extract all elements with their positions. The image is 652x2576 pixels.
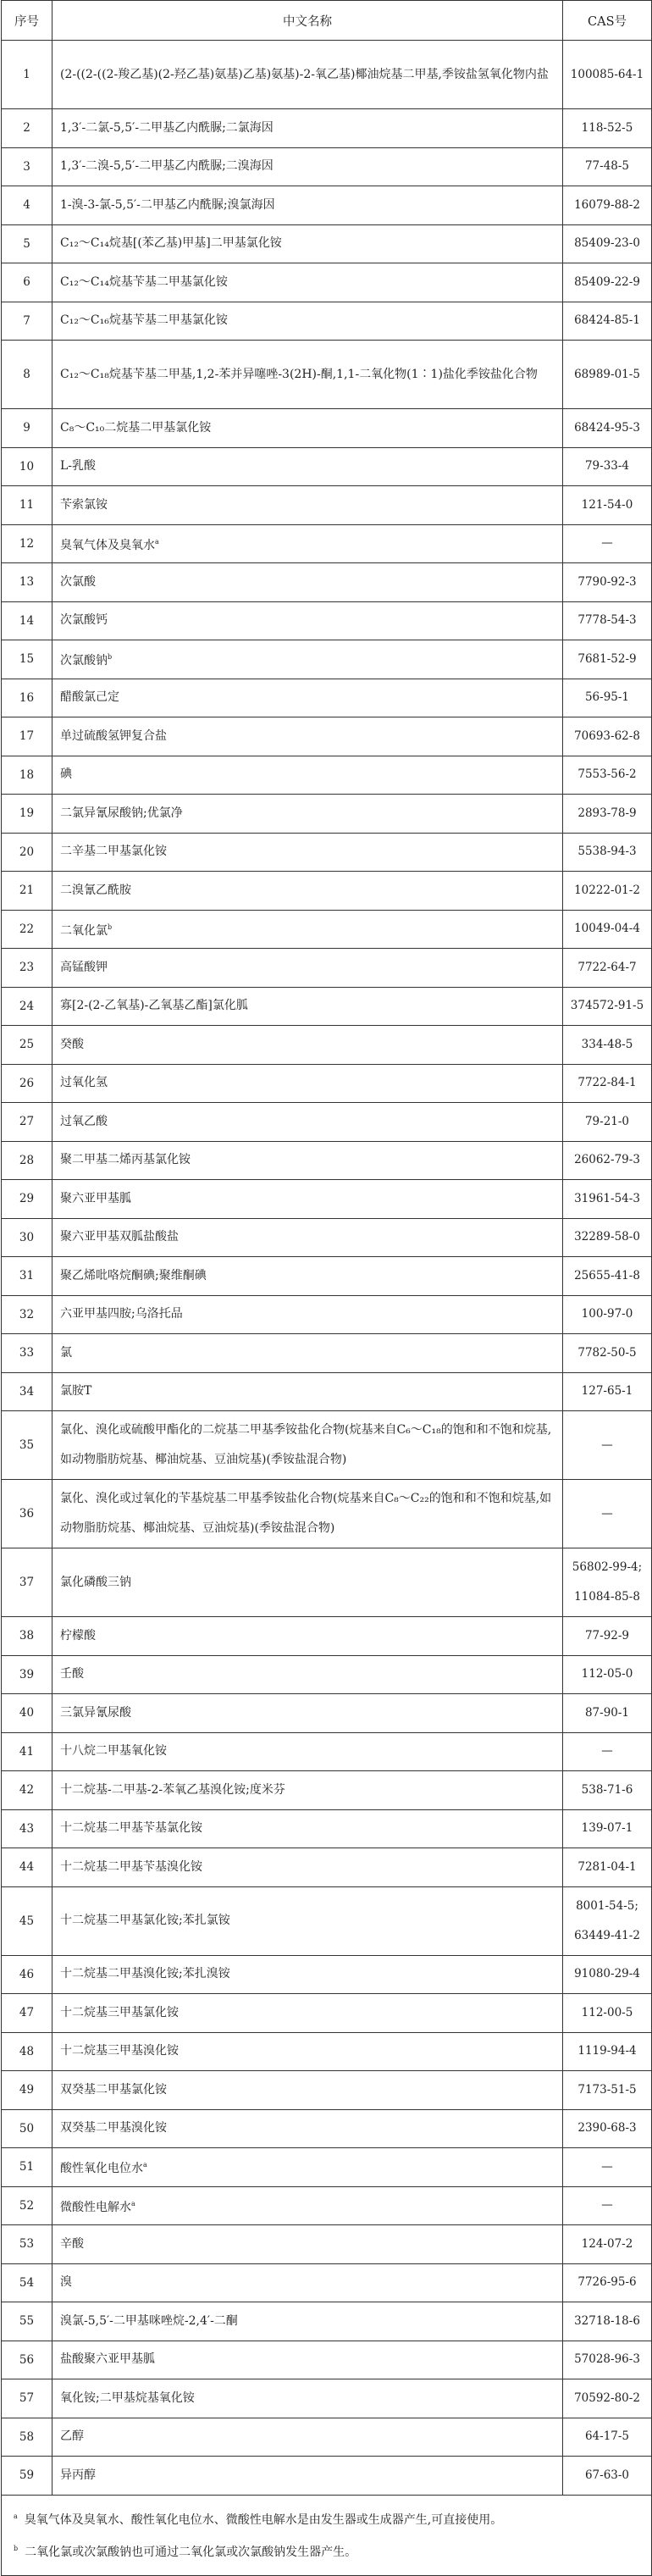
cas-number-secondary: 63449-41-2 [563, 1921, 651, 1951]
cas-number: 538-71-6 [563, 1776, 651, 1805]
table-row: 37氯化磷酸三钠56802-99-4;11084-85-8 [2, 1548, 652, 1617]
table-row: 31,3′-二溴-5,5′-二甲基乙内酰脲;二溴海因77-48-5 [2, 147, 652, 186]
chemical-name: 二辛基二甲基氯化铵 [60, 845, 167, 858]
cas-number-cell: — [563, 2186, 652, 2225]
cas-number-cell: — [563, 2148, 652, 2187]
chemical-name: 异丙醇 [60, 2468, 96, 2482]
chemical-name: 聚二甲基二烯丙基氯化铵 [60, 1153, 191, 1166]
chemical-name-cell: 氧化铵;二甲基烷基氧化铵 [52, 2379, 563, 2418]
chemical-name: C₁₂～C₁₈烷基苄基二甲基,1,2-苯并异噻唑-3(2H)-酮,1,1-二氧化… [60, 368, 538, 381]
row-index: 31 [2, 1257, 52, 1296]
table-row: 15次氯酸钠b7681-52-9 [2, 640, 652, 679]
table-row: 23高锰酸钾7722-64-7 [2, 949, 652, 988]
chemical-name: 二氧化氯 [60, 924, 108, 938]
cas-number: 10049-04-4 [563, 914, 651, 944]
chemical-name-cell: 双癸基二甲基氯化铵 [52, 2071, 563, 2110]
cas-number-cell: 334-48-5 [563, 1026, 652, 1065]
row-index: 25 [2, 1026, 52, 1065]
row-index: 52 [2, 2186, 52, 2225]
cas-number-cell: 67-63-0 [563, 2457, 652, 2496]
chemical-name-cell: 十二烷基-二甲基-2-苯氧乙基溴化铵;度米芬 [52, 1771, 563, 1810]
chemical-name: 二溴氰乙酰胺 [60, 884, 131, 897]
chemical-name-cell: 1,3′-二氯-5,5′-二甲基乙内酰脲;二氯海因 [52, 109, 563, 148]
cas-number: 56-95-1 [563, 683, 651, 712]
footnote-mark: a [14, 2512, 18, 2520]
row-index: 36 [2, 1480, 52, 1548]
chemical-name: 双癸基二甲基氯化铵 [60, 2083, 167, 2097]
row-index: 27 [2, 1103, 52, 1142]
cas-number: — [563, 2152, 651, 2182]
row-index: 35 [2, 1411, 52, 1480]
chemical-name: L-乳酸 [60, 459, 96, 473]
chemical-name: 十二烷基二甲基苄基溴化铵 [60, 1860, 202, 1874]
cas-number-cell: 85409-23-0 [563, 224, 652, 263]
chemical-name: 六亚甲基四胺;乌洛托品 [60, 1307, 183, 1321]
chemical-name-cell: 柠檬酸 [52, 1617, 563, 1656]
chemical-name: C₁₂～C₁₄烷基[(苯乙基)甲基]二甲基氯化铵 [60, 236, 282, 250]
chemical-name: 柠檬酸 [60, 1629, 96, 1643]
chemical-name-cell: 1-溴-3-氯-5,5′-二甲基乙内酰脲;溴氯海因 [52, 186, 563, 225]
chemical-name-cell: 十二烷基二甲基苄基溴化铵 [52, 1848, 563, 1887]
chemical-name-cell: L-乳酸 [52, 447, 563, 486]
table-row: 51酸性氧化电位水a— [2, 2148, 652, 2187]
chemical-name-cell: 氯 [52, 1334, 563, 1373]
row-index: 42 [2, 1771, 52, 1810]
table-row: 9C₈～C₁₀二烷基二甲基氯化铵68424-95-3 [2, 409, 652, 448]
chemical-name-cell: C₁₂～C₁₄烷基苄基二甲基氯化铵 [52, 263, 563, 302]
table-row: 53辛酸124-07-2 [2, 2225, 652, 2264]
cas-number-cell: 7553-56-2 [563, 756, 652, 795]
chemical-name: 1,3′-二氯-5,5′-二甲基乙内酰脲;二氯海因 [60, 121, 274, 135]
row-index: 53 [2, 2225, 52, 2264]
row-index: 23 [2, 949, 52, 988]
chemical-name: 氯化、溴化或过氧化的苄基烷基二甲基季铵盐化合物(烷基来自C₈～C₂₂的饱和和不饱… [60, 1492, 551, 1535]
chemical-name: C₈～C₁₀二烷基二甲基氯化铵 [60, 421, 211, 435]
table-row: 25癸酸334-48-5 [2, 1026, 652, 1065]
chemical-name: 酸性氧化电位水 [60, 2162, 143, 2175]
cas-number: 121-54-0 [563, 490, 651, 520]
chemical-name-cell: 氯胺T [52, 1372, 563, 1411]
table-row: 56盐酸聚六亚甲基胍57028-96-3 [2, 2341, 652, 2379]
chemical-name: 壬酸 [60, 1667, 84, 1681]
cas-number-cell: 100085-64-1 [563, 41, 652, 109]
chemical-name: 氧化铵;二甲基烷基氧化铵 [60, 2391, 195, 2405]
chemical-name-cell: 溴 [52, 2263, 563, 2302]
chemical-name-cell: 二氧化氯b [52, 910, 563, 949]
chemical-name-cell: 辛酸 [52, 2225, 563, 2264]
chemical-name-cell: 聚二甲基二烯丙基氯化铵 [52, 1141, 563, 1180]
table-row: 41-溴-3-氯-5,5′-二甲基乙内酰脲;溴氯海因16079-88-2 [2, 186, 652, 225]
cas-number-cell: 121-54-0 [563, 486, 652, 525]
chemical-name-cell: C₁₂～C₁₄烷基[(苯乙基)甲基]二甲基氯化铵 [52, 224, 563, 263]
cas-number: — [563, 1499, 651, 1529]
chemical-name-cell: 壬酸 [52, 1655, 563, 1694]
table-row: 33氯7782-50-5 [2, 1334, 652, 1373]
chemical-name: 十二烷基二甲基氯化铵;苯扎氯铵 [60, 1914, 230, 1927]
chemical-name-cell: 寡[2-(2-乙氧基)-乙氧基乙酯]氯化胍 [52, 987, 563, 1026]
cas-number: 85409-22-9 [563, 268, 651, 297]
row-index: 21 [2, 872, 52, 911]
chemical-name: 氯化、溴化或硫酸甲酯化的二烷基二甲基季铵盐化合物(烷基来自C₆～C₁₈的饱和和不… [60, 1423, 551, 1466]
cas-number: 25655-41-8 [563, 1261, 651, 1291]
cas-number-cell: 112-00-5 [563, 1994, 652, 2033]
table-row: 26过氧化氢7722-84-1 [2, 1064, 652, 1103]
cas-number: 118-52-5 [563, 114, 651, 143]
row-index: 12 [2, 524, 52, 563]
cas-number: 68989-01-5 [563, 360, 651, 390]
cas-number-cell: 68989-01-5 [563, 341, 652, 409]
cas-number-cell: 25655-41-8 [563, 1257, 652, 1296]
table-row: 35氯化、溴化或硫酸甲酯化的二烷基二甲基季铵盐化合物(烷基来自C₆～C₁₈的饱和… [2, 1411, 652, 1480]
chemical-name: 醋酸氯己定 [60, 690, 119, 704]
row-index: 3 [2, 147, 52, 186]
cas-number: 127-65-1 [563, 1377, 651, 1406]
row-index: 41 [2, 1732, 52, 1771]
cas-number: 124-07-2 [563, 2230, 651, 2259]
table-row: 5C₁₂～C₁₄烷基[(苯乙基)甲基]二甲基氯化铵85409-23-0 [2, 224, 652, 263]
row-index: 6 [2, 263, 52, 302]
table-row: 20二辛基二甲基氯化铵5538-94-3 [2, 833, 652, 872]
cas-number-cell: 64-17-5 [563, 2418, 652, 2457]
table-row: 44十二烷基二甲基苄基溴化铵7281-04-1 [2, 1848, 652, 1887]
chemical-name-cell: 异丙醇 [52, 2457, 563, 2496]
row-index: 14 [2, 601, 52, 640]
row-index: 4 [2, 186, 52, 225]
chemical-name-cell: C₁₂～C₁₈烷基苄基二甲基,1,2-苯并异噻唑-3(2H)-酮,1,1-二氧化… [52, 341, 563, 409]
table-body: 1(2-((2-((2-羧乙基)(2-羟乙基)氨基)乙基)氨基)-2-氧乙基)椰… [2, 41, 652, 2496]
cas-number-cell: 16079-88-2 [563, 186, 652, 225]
cas-number: 79-33-4 [563, 451, 651, 481]
table-row: 40三氯异氰尿酸87-90-1 [2, 1694, 652, 1733]
cas-number-cell: 57028-96-3 [563, 2341, 652, 2379]
table-row: 32六亚甲基四胺;乌洛托品100-97-0 [2, 1295, 652, 1334]
cas-number: 77-92-9 [563, 1621, 651, 1651]
row-index: 5 [2, 224, 52, 263]
cas-number-cell: — [563, 524, 652, 563]
footnote-mark: b [14, 2545, 18, 2552]
table-row: 48十二烷基三甲基溴化铵1119-94-4 [2, 2032, 652, 2071]
cas-number-cell: 538-71-6 [563, 1771, 652, 1810]
chemical-name: 癸酸 [60, 1038, 84, 1051]
row-index: 44 [2, 1848, 52, 1887]
chemical-name: 碘 [60, 767, 72, 781]
chemical-name-cell: 二氯异氰尿酸钠;优氯净 [52, 795, 563, 834]
cas-number-cell: 70693-62-8 [563, 717, 652, 756]
chemical-name-cell: 醋酸氯己定 [52, 679, 563, 717]
cas-number: 91080-29-4 [563, 1959, 651, 1989]
table-row: 21,3′-二氯-5,5′-二甲基乙内酰脲;二氯海因118-52-5 [2, 109, 652, 148]
row-index: 19 [2, 795, 52, 834]
table-row: 11苄索氯铵121-54-0 [2, 486, 652, 525]
chemical-name: 聚六亚甲基胍 [60, 1192, 131, 1205]
cas-number-cell: 7782-50-5 [563, 1334, 652, 1373]
table-row: 55溴氯-5,5′-二甲基咪唑烷-2,4′-二酮32718-18-6 [2, 2302, 652, 2341]
chemical-name: 次氯酸钙 [60, 613, 108, 627]
chemical-name: 双癸基二甲基溴化铵 [60, 2121, 167, 2135]
row-index: 1 [2, 41, 52, 109]
cas-number: 67-63-0 [563, 2461, 651, 2490]
row-index: 40 [2, 1694, 52, 1733]
chemical-name-cell: 聚乙烯吡咯烷酮碘;聚维酮碘 [52, 1257, 563, 1296]
cas-number: 7778-54-3 [563, 606, 651, 635]
cas-number: 7722-84-1 [563, 1068, 651, 1098]
row-index: 49 [2, 2071, 52, 2110]
row-index: 9 [2, 409, 52, 448]
row-index: 47 [2, 1994, 52, 2033]
chemical-name: 氯化磷酸三钠 [60, 1576, 131, 1589]
table-row: 59异丙醇67-63-0 [2, 2457, 652, 2496]
cas-number: 2893-78-9 [563, 799, 651, 828]
cas-number-cell: 77-48-5 [563, 147, 652, 186]
chemical-name: 三氯异氰尿酸 [60, 1706, 131, 1720]
cas-number: 56802-99-4; [563, 1553, 651, 1582]
table-row: 45十二烷基二甲基氯化铵;苯扎氯铵8001-54-5;63449-41-2 [2, 1886, 652, 1955]
row-index: 58 [2, 2418, 52, 2457]
row-index: 56 [2, 2341, 52, 2379]
row-index: 20 [2, 833, 52, 872]
chemical-name-cell: 碘 [52, 756, 563, 795]
cas-number: — [563, 2191, 651, 2220]
row-index: 13 [2, 563, 52, 602]
cas-number: 5538-94-3 [563, 837, 651, 867]
table-row: 27过氧乙酸79-21-0 [2, 1103, 652, 1142]
row-index: 24 [2, 987, 52, 1026]
row-index: 30 [2, 1218, 52, 1257]
cas-number-cell: 2390-68-3 [563, 2109, 652, 2148]
chemical-name: 十二烷基二甲基溴化铵;苯扎溴铵 [60, 1967, 230, 1980]
table-row: 17单过硫酸氢钾复合盐70693-62-8 [2, 717, 652, 756]
cas-number: 7726-95-6 [563, 2268, 651, 2297]
chemical-name-cell: (2-((2-((2-羧乙基)(2-羟乙基)氨基)乙基)氨基)-2-氧乙基)椰油… [52, 41, 563, 109]
table-row: 16醋酸氯己定56-95-1 [2, 679, 652, 717]
header-index: 序号 [2, 1, 52, 41]
chemical-name-cell: 三氯异氰尿酸 [52, 1694, 563, 1733]
cas-number-cell: 112-05-0 [563, 1655, 652, 1694]
cas-number-cell: 10049-04-4 [563, 910, 652, 949]
chemical-name: 十二烷基三甲基溴化铵 [60, 2044, 179, 2058]
table-row: 8C₁₂～C₁₈烷基苄基二甲基,1,2-苯并异噻唑-3(2H)-酮,1,1-二氧… [2, 341, 652, 409]
row-index: 55 [2, 2302, 52, 2341]
chemical-name-cell: 十二烷基二甲基苄基氯化铵 [52, 1809, 563, 1848]
chemical-name-cell: 十二烷基三甲基溴化铵 [52, 2032, 563, 2071]
cas-number: 64-17-5 [563, 2422, 651, 2451]
row-index: 17 [2, 717, 52, 756]
chemical-name: 1,3′-二溴-5,5′-二甲基乙内酰脲;二溴海因 [60, 159, 274, 173]
cas-number: 7722-64-7 [563, 953, 651, 983]
cas-number-cell: 7778-54-3 [563, 601, 652, 640]
chemical-name-cell: 单过硫酸氢钾复合盐 [52, 717, 563, 756]
chemical-name-cell: 盐酸聚六亚甲基胍 [52, 2341, 563, 2379]
cas-number: — [563, 1737, 651, 1766]
cas-number-cell: 91080-29-4 [563, 1955, 652, 1994]
chemical-name-cell: 次氯酸 [52, 563, 563, 602]
chemical-name-cell: 苄索氯铵 [52, 486, 563, 525]
table-row: 10L-乳酸79-33-4 [2, 447, 652, 486]
cas-number-cell: 87-90-1 [563, 1694, 652, 1733]
footnote-reference: b [108, 653, 112, 661]
chemical-name-cell: 次氯酸钠b [52, 640, 563, 679]
row-index: 38 [2, 1617, 52, 1656]
cas-number: 334-48-5 [563, 1030, 651, 1060]
chemical-name: 乙醇 [60, 2429, 84, 2443]
cas-number: 7790-92-3 [563, 568, 651, 597]
cas-number: 2390-68-3 [563, 2113, 651, 2143]
table-row: 24寡[2-(2-乙氧基)-乙氧基乙酯]氯化胍374572-91-5 [2, 987, 652, 1026]
chemical-name-cell: 聚六亚甲基双胍盐酸盐 [52, 1218, 563, 1257]
chemical-name: 氯 [60, 1346, 72, 1360]
row-index: 11 [2, 486, 52, 525]
row-index: 51 [2, 2148, 52, 2187]
cas-number-cell: 32289-58-0 [563, 1218, 652, 1257]
chemical-name: C₁₂～C₁₆烷基苄基二甲基氯化铵 [60, 313, 228, 327]
row-index: 50 [2, 2109, 52, 2148]
cas-number: 79-21-0 [563, 1107, 651, 1137]
cas-number-cell: 79-33-4 [563, 447, 652, 486]
row-index: 29 [2, 1180, 52, 1219]
cas-number: 57028-96-3 [563, 2345, 651, 2374]
chemical-name: 二氯异氰尿酸钠;优氯净 [60, 806, 183, 820]
cas-number-cell: 56802-99-4;11084-85-8 [563, 1548, 652, 1617]
cas-number: 32718-18-6 [563, 2307, 651, 2336]
row-index: 8 [2, 341, 52, 409]
table-row: 36氯化、溴化或过氧化的苄基烷基二甲基季铵盐化合物(烷基来自C₈～C₂₂的饱和和… [2, 1480, 652, 1548]
chemical-name-cell: 微酸性电解水a [52, 2186, 563, 2225]
cas-number-cell: 7173-51-5 [563, 2071, 652, 2110]
chemical-name-cell: 二溴氰乙酰胺 [52, 872, 563, 911]
cas-number-cell: 124-07-2 [563, 2225, 652, 2264]
cas-number: 70693-62-8 [563, 722, 651, 751]
disinfectant-substance-table: 序号 中文名称 CAS号 1(2-((2-((2-羧乙基)(2-羟乙基)氨基)乙… [1, 0, 652, 2576]
row-index: 54 [2, 2263, 52, 2302]
table-row: 57氧化铵;二甲基烷基氧化铵70592-80-2 [2, 2379, 652, 2418]
chemical-name: 高锰酸钾 [60, 961, 108, 974]
chemical-name: 聚六亚甲基双胍盐酸盐 [60, 1230, 179, 1244]
row-index: 18 [2, 756, 52, 795]
chemical-name: 苄索氯铵 [60, 498, 108, 512]
table-row: 49双癸基二甲基氯化铵7173-51-5 [2, 2071, 652, 2110]
chemical-name: 次氯酸 [60, 575, 96, 589]
cas-number: 7281-04-1 [563, 1853, 651, 1882]
chemical-name-cell: 过氧乙酸 [52, 1103, 563, 1142]
table-row: 50双癸基二甲基溴化铵2390-68-3 [2, 2109, 652, 2148]
table-row: 14次氯酸钙7778-54-3 [2, 601, 652, 640]
row-index: 26 [2, 1064, 52, 1103]
cas-number: 16079-88-2 [563, 191, 651, 220]
cas-number-cell: — [563, 1732, 652, 1771]
cas-number: 68424-95-3 [563, 413, 651, 443]
chemical-name-cell: 十二烷基二甲基溴化铵;苯扎溴铵 [52, 1955, 563, 1994]
footnote-reference: b [108, 923, 112, 931]
table-row: 30聚六亚甲基双胍盐酸盐32289-58-0 [2, 1218, 652, 1257]
chemical-name-cell: 臭氧气体及臭氧水a [52, 524, 563, 563]
chemical-name-cell: 1,3′-二溴-5,5′-二甲基乙内酰脲;二溴海因 [52, 147, 563, 186]
chemical-name-cell: 双癸基二甲基溴化铵 [52, 2109, 563, 2148]
footnotes-cell: a臭氧气体及臭氧水、酸性氧化电位水、微酸性电解水是由发生器或生成器产生,可直接使… [2, 2495, 652, 2575]
chemical-name-cell: 氯化、溴化或过氧化的苄基烷基二甲基季铵盐化合物(烷基来自C₈～C₂₂的饱和和不饱… [52, 1480, 563, 1548]
chemical-name-cell: 溴氯-5,5′-二甲基咪唑烷-2,4′-二酮 [52, 2302, 563, 2341]
cas-number: 7681-52-9 [563, 645, 651, 674]
chemical-name-cell: 癸酸 [52, 1026, 563, 1065]
row-index: 15 [2, 640, 52, 679]
cas-number-cell: 374572-91-5 [563, 987, 652, 1026]
cas-number: 77-48-5 [563, 152, 651, 181]
chemical-name-cell: 十二烷基三甲基氯化铵 [52, 1994, 563, 2033]
footnote-b: b二氧化氯或次氯酸钠也可通过二氧化氯或次氯酸钠发生器产生。 [14, 2534, 639, 2567]
cas-number: 87-90-1 [563, 1698, 651, 1728]
row-index: 37 [2, 1548, 52, 1617]
chemical-name-cell: 十二烷基二甲基氯化铵;苯扎氯铵 [52, 1886, 563, 1955]
cas-number-cell: 68424-95-3 [563, 409, 652, 448]
cas-number: 100085-64-1 [563, 60, 651, 90]
table-row: 52微酸性电解水a— [2, 2186, 652, 2225]
cas-number: 10222-01-2 [563, 876, 651, 906]
cas-number-cell: 8001-54-5;63449-41-2 [563, 1886, 652, 1955]
chemical-name: 十二烷基三甲基氯化铵 [60, 2006, 179, 2019]
chemical-name: 盐酸聚六亚甲基胍 [60, 2352, 155, 2366]
cas-number: 7173-51-5 [563, 2075, 651, 2105]
table-row: 18碘7553-56-2 [2, 756, 652, 795]
row-index: 46 [2, 1955, 52, 1994]
cas-number-cell: 70592-80-2 [563, 2379, 652, 2418]
cas-number: 26062-79-3 [563, 1145, 651, 1175]
row-index: 16 [2, 679, 52, 717]
table-row: 34氯胺T127-65-1 [2, 1372, 652, 1411]
table-header-row: 序号 中文名称 CAS号 [2, 1, 652, 41]
table-row: 29聚六亚甲基胍31961-54-3 [2, 1180, 652, 1219]
cas-number: 7553-56-2 [563, 760, 651, 789]
cas-number-cell: 77-92-9 [563, 1617, 652, 1656]
cas-number-cell: 26062-79-3 [563, 1141, 652, 1180]
chemical-name-cell: 氯化、溴化或硫酸甲酯化的二烷基二甲基季铵盐化合物(烷基来自C₆～C₁₈的饱和和不… [52, 1411, 563, 1480]
chemical-name-cell: C₁₂～C₁₆烷基苄基二甲基氯化铵 [52, 302, 563, 341]
row-index: 2 [2, 109, 52, 148]
chemical-name: 臭氧气体及臭氧水 [60, 539, 155, 552]
table-row: 7C₁₂～C₁₆烷基苄基二甲基氯化铵68424-85-1 [2, 302, 652, 341]
chemical-name: 微酸性电解水 [60, 2201, 131, 2214]
cas-number: 1119-94-4 [563, 2036, 651, 2066]
chemical-name: 溴氯-5,5′-二甲基咪唑烷-2,4′-二酮 [60, 2314, 238, 2328]
chemical-name-cell: 氯化磷酸三钠 [52, 1548, 563, 1617]
cas-number: — [563, 529, 651, 558]
table-row: 38柠檬酸77-92-9 [2, 1617, 652, 1656]
chemical-name: 过氧乙酸 [60, 1115, 108, 1128]
cas-number: 112-05-0 [563, 1659, 651, 1689]
table-row: 47十二烷基三甲基氯化铵112-00-5 [2, 1994, 652, 2033]
footnote-a: a臭氧气体及臭氧水、酸性氧化电位水、微酸性电解水是由发生器或生成器产生,可直接使… [14, 2502, 639, 2534]
chemical-name: 氯胺T [60, 1384, 91, 1398]
table-row: 28聚二甲基二烯丙基氯化铵26062-79-3 [2, 1141, 652, 1180]
cas-number-cell: 7722-84-1 [563, 1064, 652, 1103]
chemical-name: 过氧化氢 [60, 1076, 108, 1089]
cas-number-cell: 7790-92-3 [563, 563, 652, 602]
table-row: 43十二烷基二甲基苄基氯化铵139-07-1 [2, 1809, 652, 1848]
chemical-name-cell: 酸性氧化电位水a [52, 2148, 563, 2187]
cas-number-cell: 5538-94-3 [563, 833, 652, 872]
cas-number-cell: 56-95-1 [563, 679, 652, 717]
cas-number-cell: 100-97-0 [563, 1295, 652, 1334]
cas-number-cell: 79-21-0 [563, 1103, 652, 1142]
cas-number-cell: 32718-18-6 [563, 2302, 652, 2341]
chemical-name-cell: 二辛基二甲基氯化铵 [52, 833, 563, 872]
row-index: 45 [2, 1886, 52, 1955]
cas-number-secondary: 11084-85-8 [563, 1582, 651, 1612]
chemical-name: 寡[2-(2-乙氧基)-乙氧基乙酯]氯化胍 [60, 999, 248, 1012]
table-row: 42十二烷基-二甲基-2-苯氧乙基溴化铵;度米芬538-71-6 [2, 1771, 652, 1810]
chemical-name-cell: 过氧化氢 [52, 1064, 563, 1103]
chemical-name-cell: 六亚甲基四胺;乌洛托品 [52, 1295, 563, 1334]
chemical-name: 1-溴-3-氯-5,5′-二甲基乙内酰脲;溴氯海因 [60, 198, 275, 212]
row-index: 57 [2, 2379, 52, 2418]
